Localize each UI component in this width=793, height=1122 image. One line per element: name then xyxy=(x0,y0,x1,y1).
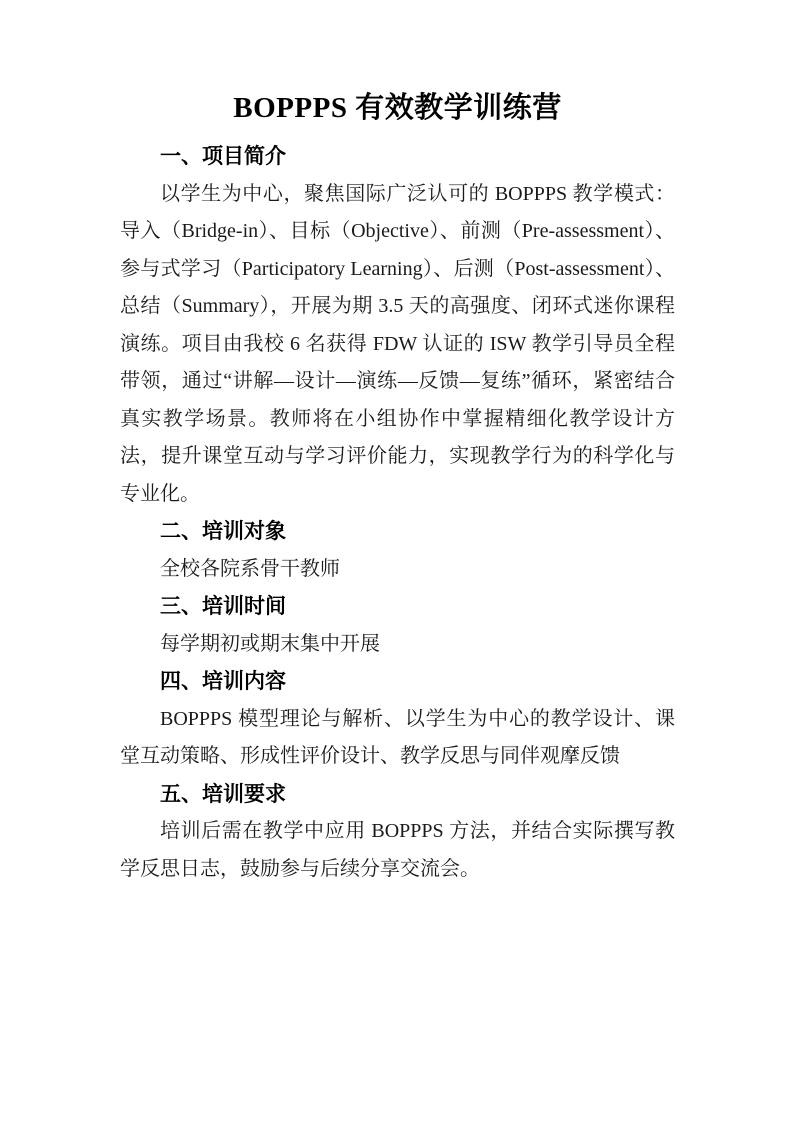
section-heading-content: 四、培训内容 xyxy=(120,663,675,701)
section-body-schedule: 每学期初或期末集中开展 xyxy=(120,626,675,664)
section-body-project-intro: 以学生为中心，聚焦国际广泛认可的 BOPPPS 教学模式：导入（Bridge-i… xyxy=(120,176,675,514)
section-heading-project-intro: 一、项目简介 xyxy=(120,138,675,176)
section-requirements: 五、培训要求 培训后需在教学中应用 BOPPPS 方法，并结合实际撰写教学反思日… xyxy=(120,776,675,889)
section-schedule: 三、培训时间 每学期初或期末集中开展 xyxy=(120,588,675,663)
section-content: 四、培训内容 BOPPPS 模型理论与解析、以学生为中心的教学设计、课堂互动策略… xyxy=(120,663,675,776)
document-title: BOPPPS 有效教学训练营 xyxy=(120,88,675,128)
section-heading-requirements: 五、培训要求 xyxy=(120,776,675,814)
section-heading-schedule: 三、培训时间 xyxy=(120,588,675,626)
section-project-intro: 一、项目简介 以学生为中心，聚焦国际广泛认可的 BOPPPS 教学模式：导入（B… xyxy=(120,138,675,513)
section-heading-trainees: 二、培训对象 xyxy=(120,513,675,551)
section-body-trainees: 全校各院系骨干教师 xyxy=(120,551,675,589)
section-trainees: 二、培训对象 全校各院系骨干教师 xyxy=(120,513,675,588)
section-body-requirements: 培训后需在教学中应用 BOPPPS 方法，并结合实际撰写教学反思日志，鼓励参与后… xyxy=(120,813,675,888)
document-page: BOPPPS 有效教学训练营 一、项目简介 以学生为中心，聚焦国际广泛认可的 B… xyxy=(0,0,793,1122)
section-body-content: BOPPPS 模型理论与解析、以学生为中心的教学设计、课堂互动策略、形成性评价设… xyxy=(120,701,675,776)
